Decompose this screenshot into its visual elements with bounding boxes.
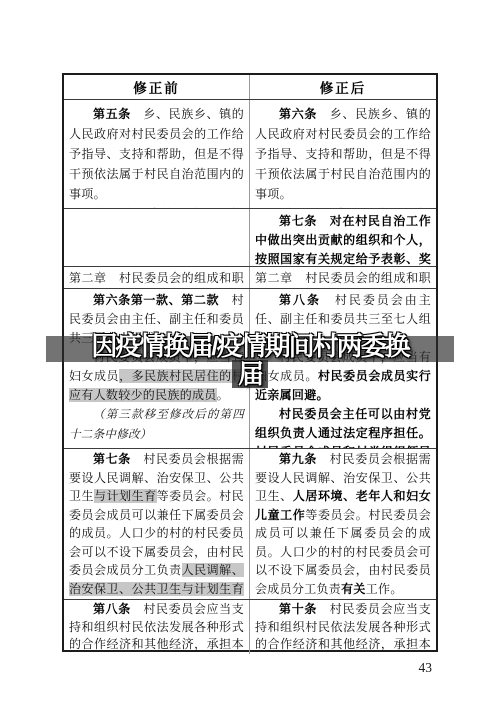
cell-after-revision: 第十条 村民委员会应当支持和组织村民依法发展各种形式的合作经济和其他经济，承担本…: [250, 600, 436, 654]
cell-before-revision: 第五条 乡、民族乡、镇的人民政府对村民委员会的工作给予指导、支持和帮助，但是不得…: [64, 100, 250, 208]
cell-after-revision: 第六条 乡、民族乡、镇的人民政府对村民委员会的工作给予指导、支持和帮助，但是不得…: [250, 100, 436, 208]
paragraph: 第十条 村民委员会应当支持和组织村民依法发展各种形式的合作经济和其他经济，承担本…: [255, 601, 431, 654]
row-chapter-2: 第二章 村民委员会的组成和职责第二章 村民委员会的组成和职责: [64, 267, 436, 289]
cell-before-revision: 第八条 村民委员会应当支持和组织村民依法发展各种形式的合作经济和其他经济，承担本…: [64, 600, 250, 654]
cell-after-revision: 第二章 村民委员会的组成和职责: [250, 267, 436, 288]
paragraph: 第二章 村民委员会的组成和职责: [255, 269, 431, 288]
page-number: 43: [419, 660, 433, 676]
cell-before-revision: 第二章 村民委员会的组成和职责: [64, 267, 250, 288]
cell-before-revision: [64, 209, 250, 266]
paragraph: 第五条 乡、民族乡、镇的人民政府对村民委员会的工作给予指导、支持和帮助，但是不得…: [69, 104, 244, 204]
cell-before-revision: 第七条 村民委员会根据需要设人民调解、治安保卫、公共卫生与计划生育等委员会。村民…: [64, 449, 250, 599]
paragraph: 第九条 村民委员会根据需要设人民调解、治安保卫、公共卫生、人居环境、老年人和妇女…: [255, 450, 431, 598]
row-article-7-vs-9: 第七条 村民委员会根据需要设人民调解、治安保卫、公共卫生与计划生育等委员会。村民…: [64, 449, 436, 600]
paragraph: 第七条 村民委员会根据需要设人民调解、治安保卫、公共卫生与计划生育等委员会。村民…: [69, 450, 244, 599]
table-header-row: 修正前 修正后: [64, 75, 436, 100]
paragraph: 第七条 对在村民自治工作中做出突出贡献的组织和个人，按照国家有关规定给予表彰、奖…: [255, 212, 431, 266]
paragraph: （第三款移至修改后的第四十二条中修改）: [69, 405, 244, 445]
paragraph: 第二章 村民委员会的组成和职责: [69, 269, 244, 288]
cell-after-revision: 第七条 对在村民自治工作中做出突出贡献的组织和个人，按照国家有关规定给予表彰、奖…: [250, 209, 436, 266]
header-before-revision: 修正前: [64, 75, 250, 99]
watermark-banner-line1: 因疫情换届/疫情期间村两委换: [40, 331, 460, 361]
row-article-5-vs-6: 第五条 乡、民族乡、镇的人民政府对村民委员会的工作给予指导、支持和帮助，但是不得…: [64, 100, 436, 209]
watermark-banner-line2-wrap: 届: [0, 360, 500, 388]
cell-after-revision: 第九条 村民委员会根据需要设人民调解、治安保卫、公共卫生、人居环境、老年人和妇女…: [250, 449, 436, 599]
row-new-article-7: 第七条 对在村民自治工作中做出突出贡献的组织和个人，按照国家有关规定给予表彰、奖…: [64, 209, 436, 267]
paragraph: 村民委员会协助乡、民族乡、镇的人民政府开展工作。: [255, 204, 431, 208]
paragraph: 村民委员会主任可以由村党组织负责人通过法定程序担任。村民委员会成员和村党组织领导…: [255, 405, 431, 448]
paragraph: 村民委员会协助乡、民族乡、镇的人民政府开展工作。: [69, 204, 244, 208]
watermark-banner-line2: 届: [238, 359, 262, 389]
header-after-revision: 修正后: [250, 75, 436, 99]
highlighted-text: 与计划生育: [94, 489, 157, 503]
row-article-8-vs-10: 第八条 村民委员会应当支持和组织村民依法发展各种形式的合作经济和其他经济，承担本…: [64, 600, 436, 654]
paragraph: 第六条 乡、民族乡、镇的人民政府对村民委员会的工作给予指导、支持和帮助，但是不得…: [255, 104, 431, 204]
paragraph: 第八条 村民委员会应当支持和组织村民依法发展各种形式的合作经济和其他经济，承担本…: [69, 601, 244, 654]
